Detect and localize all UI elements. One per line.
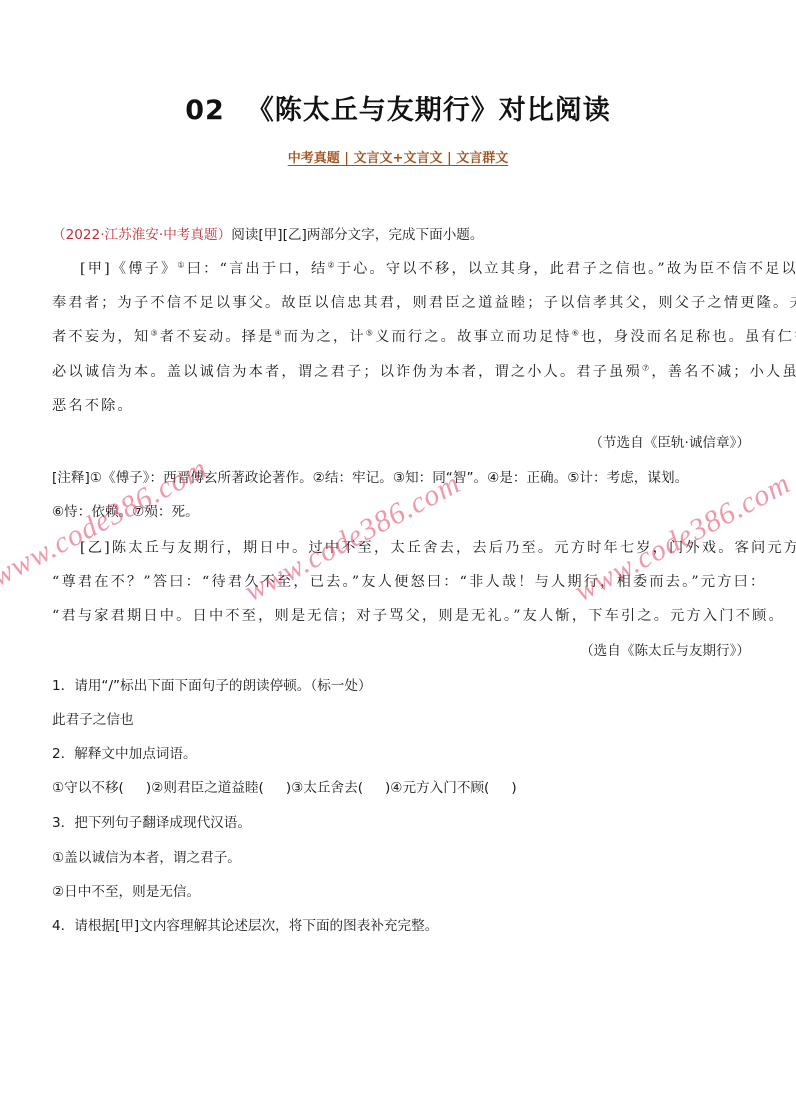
question-2-items: ①守以不移()②则君臣之道益睦()③太丘舍去()④元方入门不顾() (52, 778, 517, 798)
question-4: 4．请根据[甲]文内容理解其论述层次，将下面的图表补充完整。 (52, 916, 438, 936)
q2-item-2: )②则君臣之道益睦( (146, 780, 264, 796)
passage-jia-line-1: [甲]《傅子》①曰：“言出于口，结②于心。守以不移，以立其身，此君子之信也。”故… (80, 259, 796, 279)
text: 曰：“言出于口，结 (187, 261, 328, 277)
passage-jia-source: （节选自《臣轨·诚信章》） (589, 433, 750, 453)
passage-yi-line-2: “尊君在不？”答曰：“待君久不至，已去。”友人便怒曰：“非人哉！与人期行，相委而… (52, 572, 766, 592)
footnote-mark: ② (327, 260, 336, 269)
question-2: 2．解释文中加点词语。 (52, 744, 197, 764)
footnote-mark: ④ (274, 328, 283, 337)
passage-yi-line-1: [乙]陈太丘与友期行，期日中。过中不至，太丘舍去，去后乃至。元方时年七岁，门外戏… (80, 538, 796, 558)
q2-item-4: )④元方入门不顾( (385, 780, 489, 796)
text: 必以诚信为本。盖以诚信为本者，谓之君子；以诈伪为本者，谓之小人。君子虽殒 (52, 364, 642, 380)
text: 而为之，计 (284, 329, 366, 345)
text: ，善名不减；小人虽贵， (651, 364, 796, 380)
q2-item-3: )③太丘舍去( (286, 780, 363, 796)
q2-item-1: ①守以不移( (52, 780, 124, 796)
subtitle: 中考真题 | 文言文+文言文 | 文言群文 (0, 147, 796, 166)
source-tag: （2022·江苏淮安·中考真题） (52, 227, 231, 243)
notes-line-1: [注释]①《傅子》：西晋傅玄所著政论著作。②结：牢记。③知：同“智”。④是：正确… (52, 468, 688, 488)
passage-yi-source: （选自《陈太丘与友期行》） (580, 641, 750, 661)
passage-yi-line-3: “君与家君期日中。日中不至，则是无信；对子骂父，则是无礼。”友人惭，下车引之。元… (52, 606, 785, 626)
text: 者不妄动。择是 (160, 329, 275, 345)
page-title: 02《陈太丘与友期行》对比阅读 (0, 88, 796, 127)
text: 者不妄为，知 (52, 329, 150, 345)
question-3: 3．把下列句子翻译成现代汉语。 (52, 813, 251, 833)
text: 于心。守以不移，以立其身，此君子之信也。”故为臣不信不足以 (337, 261, 796, 277)
footnote-mark: ⑤ (366, 328, 375, 337)
question-3-item-2: ②日中不至，则是无信。 (52, 882, 200, 902)
footnote-mark: ③ (150, 328, 159, 337)
question-1-sentence: 此君子之信也 (52, 710, 134, 730)
question-3-item-1: ①盖以诚信为本者，谓之君子。 (52, 848, 241, 868)
passage-jia-line-2: 奉君者；为子不信不足以事父。故臣以信忠其君，则君臣之道益睦；子以信孝其父，则父子… (52, 293, 796, 313)
intro-line: （2022·江苏淮安·中考真题）阅读[甲][乙]两部分文字，完成下面小题。 (52, 225, 484, 245)
q2-close: ) (511, 780, 516, 796)
title-text: 《陈太丘与友期行》对比阅读 (247, 95, 611, 126)
passage-jia-line-4: 必以诚信为本。盖以诚信为本者，谓之君子；以诈伪为本者，谓之小人。君子虽殒⑦，善名… (52, 362, 796, 382)
text: 义而行之。故事立而功足恃 (375, 329, 572, 345)
passage-jia-line-5: 恶名不除。 (52, 396, 134, 416)
intro-instruction: 阅读[甲][乙]两部分文字，完成下面小题。 (231, 227, 483, 243)
footnote-mark: ① (177, 260, 186, 269)
title-number: 02 (185, 95, 225, 126)
notes-line-2: ⑥恃：依赖。⑦殒：死。 (52, 502, 199, 522)
question-1: 1．请用“/”标出下面下面句子的朗读停顿。（标一处） (52, 676, 372, 696)
footnote-mark: ⑥ (572, 328, 581, 337)
text: [甲]《傅子》 (80, 261, 177, 277)
subtitle-tags: 中考真题 | 文言文+文言文 | 文言群文 (288, 151, 508, 166)
passage-jia-line-3: 者不妄为，知③者不妄动。择是④而为之，计⑤义而行之。故事立而功足恃⑥也，身没而名… (52, 327, 796, 347)
text: 也，身没而名足称也。虽有仁智， (581, 329, 796, 345)
footnote-mark: ⑦ (642, 363, 651, 372)
